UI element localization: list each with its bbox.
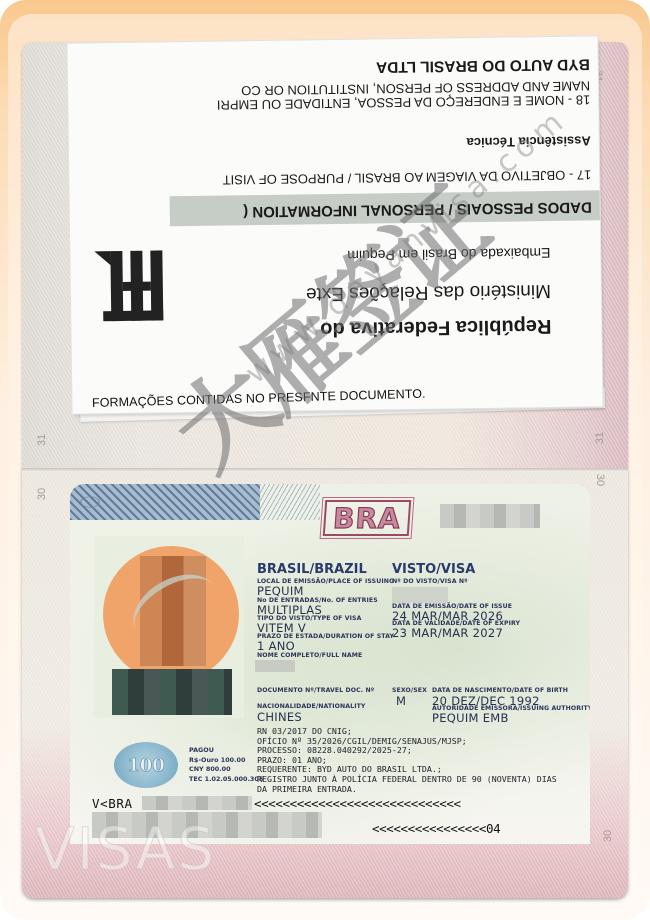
fee-stamp: 100: [114, 742, 178, 788]
sex-label: SEXO/SEX: [392, 687, 427, 694]
visa-sticker: BRA BRASIL/BRAZIL VISTO/VISA LOCAL DE EM…: [70, 484, 590, 844]
page-number-upper-right-bottom: 31: [594, 432, 606, 444]
country-code-box: BRA: [323, 500, 412, 536]
travel-doc-label: DOCUMENTO Nº/TRAVEL DOC. Nº: [257, 687, 374, 694]
mrz-line1-prefix: V<BRA: [92, 796, 133, 811]
nationality-label: NACIONALIDADE/NATIONALITY: [257, 703, 366, 710]
redacted-mrz-name: [142, 796, 252, 810]
sex-value: M: [396, 694, 406, 708]
photo-pixelated-shoulders: [112, 669, 232, 715]
brazil-coat-of-arms-icon: [90, 246, 171, 325]
letter-republic: República Federativa do: [320, 313, 601, 340]
mrz-line1-fill: <<<<<<<<<<<<<<<<<<<<<<<<<<<<<: [254, 796, 461, 811]
security-guilloche: [70, 484, 260, 520]
expiry-date-value: 23 MAR/MAR 2027: [392, 626, 503, 640]
mrz-line2-suffix: <<<<<<<<<<<<<<<<04: [372, 821, 500, 836]
fee-stamp-value: 100: [127, 755, 165, 776]
letter-company: BYD AUTO DO BRASIL LTDA: [308, 54, 598, 76]
full-name-label: NOME COMPLETO/FULL NAME: [257, 652, 362, 659]
nationality-value: CHINES: [257, 710, 302, 724]
letter-field-18: 18 - NOME E ENDEREÇO DA PESSOA, ENTIDADE…: [217, 78, 599, 111]
letter-ministry: Ministério das Relações Exte: [306, 278, 601, 304]
page-number-lower-left: 30: [36, 488, 48, 500]
redacted-visa-number-top: [440, 504, 540, 528]
duration-value: 1 ANO: [257, 639, 295, 653]
letter-embassy: Embaixada do Brasil em Pequim: [347, 244, 600, 264]
invitation-letter: BYD AUTO DO BRASIL LTDA 18 - NOME E ENDE…: [67, 36, 602, 413]
country-header: BRASIL/BRAZIL: [257, 562, 367, 577]
page-number-lower-right-bottom: 30: [602, 830, 614, 842]
security-hatch: [260, 484, 320, 520]
visa-header: VISTO/VISA: [392, 562, 475, 577]
redacted-visa-number: [392, 587, 448, 603]
visa-number-label: Nº DO VISTO/VISA Nº: [392, 578, 468, 585]
visas-background-text: VISAS: [35, 815, 216, 883]
page-number-upper-left: 31: [36, 434, 48, 446]
place-of-issue-value: PEQUIM: [257, 584, 304, 598]
authority-value: PEQUIM EMB: [432, 711, 509, 725]
fee-info: PAGOU R$-Ouro 100.00 CNY 800.00 TEC 1.02…: [189, 746, 263, 784]
letter-content-inverted: BYD AUTO DO BRASIL LTDA 18 - NOME E ENDE…: [67, 36, 602, 413]
page-number-lower-right: 30: [594, 474, 606, 486]
visa-observations: RN 03/2017 DO CNIG; OFÍCIO Nº 35/2026/CG…: [257, 727, 557, 794]
letter-purpose-value: Assistência Técnica: [466, 133, 598, 150]
country-code: BRA: [332, 502, 402, 535]
letter-field-17: 17 - OBJETIVO DA VIAGEM AO BRASIL / PURP…: [223, 167, 600, 187]
page-fold: [22, 468, 628, 472]
birth-date-label: DATA DE NASCIMENTO/DATE OF BIRTH: [432, 687, 568, 694]
redacted-full-name: [255, 660, 295, 672]
